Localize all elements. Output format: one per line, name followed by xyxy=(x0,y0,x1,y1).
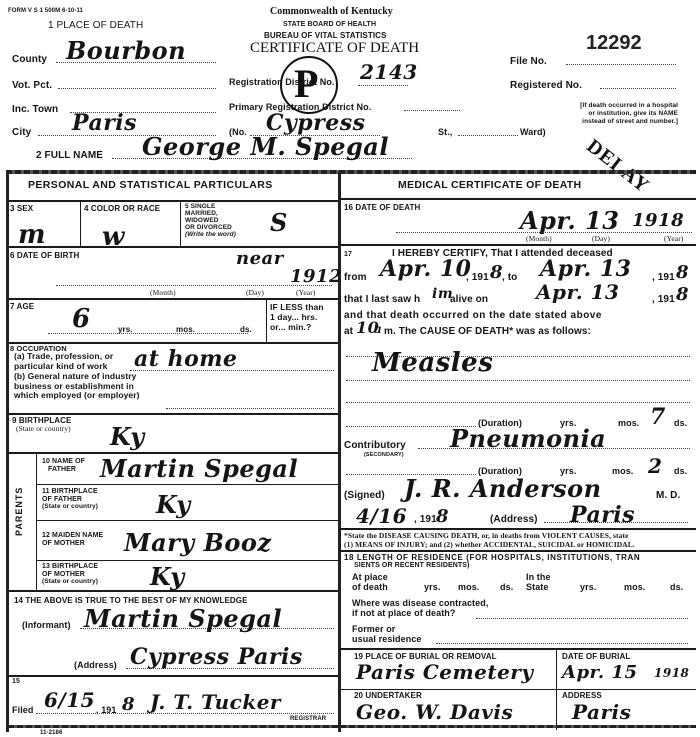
last-saw-label: that I last saw h xyxy=(344,294,420,305)
burial-date-value[interactable]: Apr. 15 xyxy=(562,662,637,683)
filed-label: Filed xyxy=(12,705,34,715)
filed-date[interactable]: 6/15 xyxy=(44,688,95,712)
dob-line xyxy=(56,285,332,286)
primary-district-field[interactable] xyxy=(404,110,460,111)
death-month-caption: (Month) xyxy=(526,234,552,243)
time-suffix[interactable]: a xyxy=(374,322,382,336)
mother-name-label: 12 MAIDEN NAME OF MOTHER xyxy=(42,532,103,548)
undertaker-address-value[interactable]: Paris xyxy=(572,700,631,724)
if-less-label: IF LESS than 1 day... hrs. or... min.? xyxy=(270,302,324,332)
divider xyxy=(340,550,696,552)
divider xyxy=(340,725,696,728)
signed-date[interactable]: 4/16 xyxy=(356,504,407,528)
cause-footnote: *State the DISEASE CAUSING DEATH, or, in… xyxy=(344,531,635,549)
age-ds-label: ds. xyxy=(240,325,252,334)
in-state-yrs: yrs. xyxy=(580,582,596,592)
informant-value[interactable]: Martin Spegal xyxy=(84,604,282,633)
state-board-heading: STATE BOARD OF HEALTH xyxy=(283,21,376,28)
informant-address-value[interactable]: Cypress Paris xyxy=(130,644,303,670)
last-saw-date[interactable]: Apr. 13 xyxy=(536,280,619,304)
divider xyxy=(8,298,338,300)
at-place-yrs: yrs. xyxy=(424,582,440,592)
filed-line xyxy=(36,713,334,714)
dob-year[interactable]: 1912 xyxy=(290,266,342,287)
form-code: FORM V S 1 500M 6-10-11 xyxy=(8,8,83,14)
mother-name-value[interactable]: Mary Booz xyxy=(124,528,272,557)
divider xyxy=(180,200,181,246)
to-label: , to xyxy=(502,272,517,283)
hospital-note: [If death occurred in a hospital or inst… xyxy=(572,102,678,126)
cause-duration-days[interactable]: 7 xyxy=(650,404,666,430)
file-no-field xyxy=(566,64,676,65)
divider xyxy=(36,454,37,590)
signed-label: (Signed) xyxy=(344,490,385,501)
divider xyxy=(8,200,338,202)
marital-label: 5 SINGLE MARRIED, WIDOWED OR DIVORCED (W… xyxy=(185,203,236,238)
cause-intro: m. The CAUSE OF DEATH* was as follows: xyxy=(384,326,591,337)
st-label: St., xyxy=(438,127,452,137)
full-name-value[interactable]: George M. Spegal xyxy=(142,132,389,161)
ward-line xyxy=(458,135,518,136)
father-name-value[interactable]: Martin Spegal xyxy=(100,454,298,483)
age-yrs-label: yrs. xyxy=(118,325,133,334)
secondary-label: (SECONDARY) xyxy=(364,452,404,458)
burial-year-value[interactable]: 1918 xyxy=(654,666,689,680)
in-state-mos: mos. xyxy=(624,582,645,592)
file-number-stamp: 12292 xyxy=(586,32,642,55)
item-17: 17 xyxy=(344,251,352,258)
race-label: 4 COLOR OR RACE xyxy=(84,204,160,213)
divider xyxy=(340,198,696,200)
signed-year[interactable]: 8 xyxy=(436,506,449,527)
commonwealth-heading: Commonwealth of Kentucky xyxy=(270,6,393,17)
in-state-label: In the State xyxy=(526,572,551,592)
physician-signature[interactable]: J. R. Anderson xyxy=(404,474,602,503)
father-name-label: 10 NAME OF FATHER xyxy=(42,458,85,474)
father-birthplace-value[interactable]: Ky xyxy=(156,490,191,519)
marital-value[interactable]: S xyxy=(270,208,288,237)
age-line xyxy=(48,333,248,334)
registration-district-label: Registration District No. xyxy=(229,77,335,87)
birthplace-caption: (State or country) xyxy=(16,424,71,433)
burial-place-value[interactable]: Paris Cemetery xyxy=(356,660,533,684)
cause-mos-label: mos. xyxy=(618,418,639,428)
place-of-death-heading: 1 PLACE OF DEATH xyxy=(48,20,143,31)
registrar-signature[interactable]: J. T. Tucker xyxy=(150,690,281,714)
physician-address-value[interactable]: Paris xyxy=(570,502,635,528)
month-caption: (Month) xyxy=(150,288,176,297)
at-label: at xyxy=(344,326,353,337)
age-label: 7 AGE xyxy=(10,302,34,311)
occupation-line xyxy=(130,370,334,371)
item-15: 15 xyxy=(12,678,20,685)
from-year-prefix: , 191 xyxy=(466,272,489,283)
occupation-b-label: (b) General nature of industry business … xyxy=(14,372,140,401)
dob-note[interactable]: near xyxy=(236,248,284,269)
registrar-label: REGISTRAR xyxy=(290,716,326,722)
former-residence-field[interactable] xyxy=(436,643,688,644)
occupation-value[interactable]: at home xyxy=(134,346,238,372)
footer-code: 11-2186 xyxy=(40,730,62,736)
from-label: from xyxy=(344,272,367,283)
cause-value[interactable]: Measles xyxy=(372,348,493,378)
divider xyxy=(340,648,696,650)
contributory-value[interactable]: Pneumonia xyxy=(450,424,606,453)
full-name-label: 2 FULL NAME xyxy=(36,150,103,161)
birthplace-value[interactable]: Ky xyxy=(110,422,145,451)
divider xyxy=(8,590,338,592)
ward-label: Ward) xyxy=(520,127,546,137)
contributory-mos-label: mos. xyxy=(612,466,633,476)
to-date[interactable]: Apr. 13 xyxy=(540,256,631,282)
at-place-ds: ds. xyxy=(500,582,513,592)
death-year-value[interactable]: 1918 xyxy=(632,210,684,231)
undertaker-value[interactable]: Geo. W. Davis xyxy=(356,700,513,724)
contributory-duration-days[interactable]: 2 xyxy=(648,454,662,478)
divider xyxy=(340,528,696,530)
contracted-label: Where was disease contracted, if not at … xyxy=(352,598,488,618)
file-no-label: File No. xyxy=(510,56,547,67)
date-of-death-value[interactable]: Apr. 13 xyxy=(520,206,619,235)
age-years[interactable]: 6 xyxy=(72,304,91,334)
divider xyxy=(8,675,338,677)
in-state-ds: ds. xyxy=(670,582,683,592)
sex-label: 3 SEX xyxy=(10,204,33,213)
undertaker-address-label: ADDRESS xyxy=(562,691,602,700)
mother-birthplace-label: 13 BIRTHPLACE OF MOTHER (State or countr… xyxy=(42,563,98,586)
to-year[interactable]: 8 xyxy=(676,262,689,283)
occupation-b-field[interactable] xyxy=(166,408,334,409)
county-label: County xyxy=(12,54,47,65)
registration-district-line xyxy=(358,85,408,86)
divider xyxy=(8,413,338,415)
medical-section-title: MEDICAL CERTIFICATE OF DEATH xyxy=(398,179,581,191)
divider xyxy=(340,244,696,246)
year-caption: (Year) xyxy=(296,288,315,297)
cause-ds-label: ds. xyxy=(674,418,687,428)
alive-on-label: alive on xyxy=(450,294,488,305)
last-saw-year[interactable]: 8 xyxy=(676,284,689,305)
occupation-a-label: (a) Trade, profession, or particular kin… xyxy=(14,352,113,371)
divider xyxy=(340,689,696,690)
at-place-mos: mos. xyxy=(458,582,479,592)
divider xyxy=(80,200,81,246)
death-year-caption: (Year) xyxy=(664,234,683,243)
divider xyxy=(8,246,338,248)
contributory-label: Contributory xyxy=(344,440,406,451)
burial-date-label: DATE OF BURIAL xyxy=(562,652,630,661)
dob-label: 6 DATE OF BIRTH xyxy=(10,251,79,260)
vot-pct-field[interactable] xyxy=(58,88,216,89)
county-value[interactable]: Bourbon xyxy=(66,36,186,65)
delayed-stamp: DELAY xyxy=(582,135,654,198)
registered-no-label: Registered No. xyxy=(510,80,582,91)
cause-line-2 xyxy=(346,380,690,381)
header-divider xyxy=(6,170,696,174)
filed-year-digit[interactable]: 8 xyxy=(122,694,135,715)
to-year-prefix: , 191 xyxy=(652,272,675,283)
divider xyxy=(36,520,338,521)
at-place-label: At place of death xyxy=(352,572,388,592)
contributory-ds-label: ds. xyxy=(674,466,687,476)
last-saw-year-prefix: , 191 xyxy=(652,294,675,305)
signed-year-prefix: , 191 xyxy=(414,514,437,525)
city-value[interactable]: Paris xyxy=(72,110,137,136)
date-of-death-line xyxy=(396,232,692,233)
bureau-heading: BUREAU OF VITAL STATISTICS xyxy=(264,31,386,40)
death-day-caption: (Day) xyxy=(592,234,610,243)
divider xyxy=(266,300,267,342)
md-label: M. D. xyxy=(656,490,680,501)
day-caption: (Day) xyxy=(246,288,264,297)
vot-pct-label: Vot. Pct. xyxy=(12,80,52,91)
from-date[interactable]: Apr. 10 xyxy=(380,256,471,282)
informant-address-label: (Address) xyxy=(74,660,117,670)
inc-town-label: Inc. Town xyxy=(12,104,58,115)
undertaker-label: 20 UNDERTAKER xyxy=(354,691,422,700)
divider xyxy=(8,725,338,728)
informant-label: (Informant) xyxy=(22,620,71,630)
residence-label: 18 LENGTH OF RESIDENCE (FOR HOSPITALS, I… xyxy=(344,553,640,570)
cause-line-3 xyxy=(346,402,690,403)
city-label: City xyxy=(12,127,31,138)
death-occurred-text: and that death occurred on the date stat… xyxy=(344,310,602,321)
father-birthplace-label: 11 BIRTHPLACE OF FATHER (State or countr… xyxy=(42,488,98,511)
registered-no-field xyxy=(600,88,676,89)
personal-section-title: PERSONAL AND STATISTICAL PARTICULARS xyxy=(28,179,273,191)
physician-address-label: (Address) xyxy=(490,514,538,525)
mother-birthplace-value[interactable]: Ky xyxy=(150,562,185,591)
date-of-death-label: 16 DATE OF DEATH xyxy=(344,203,420,212)
divider xyxy=(556,650,557,730)
certificate-title: CERTIFICATE OF DEATH xyxy=(250,40,419,57)
registration-district-value[interactable]: 2143 xyxy=(360,60,418,84)
divider xyxy=(36,560,338,561)
age-mos-label: mos. xyxy=(176,325,195,334)
contracted-field[interactable] xyxy=(476,618,688,619)
parents-label: PARENTS xyxy=(14,487,24,536)
divider xyxy=(36,484,338,485)
former-residence-label: Former or usual residence xyxy=(352,624,422,644)
